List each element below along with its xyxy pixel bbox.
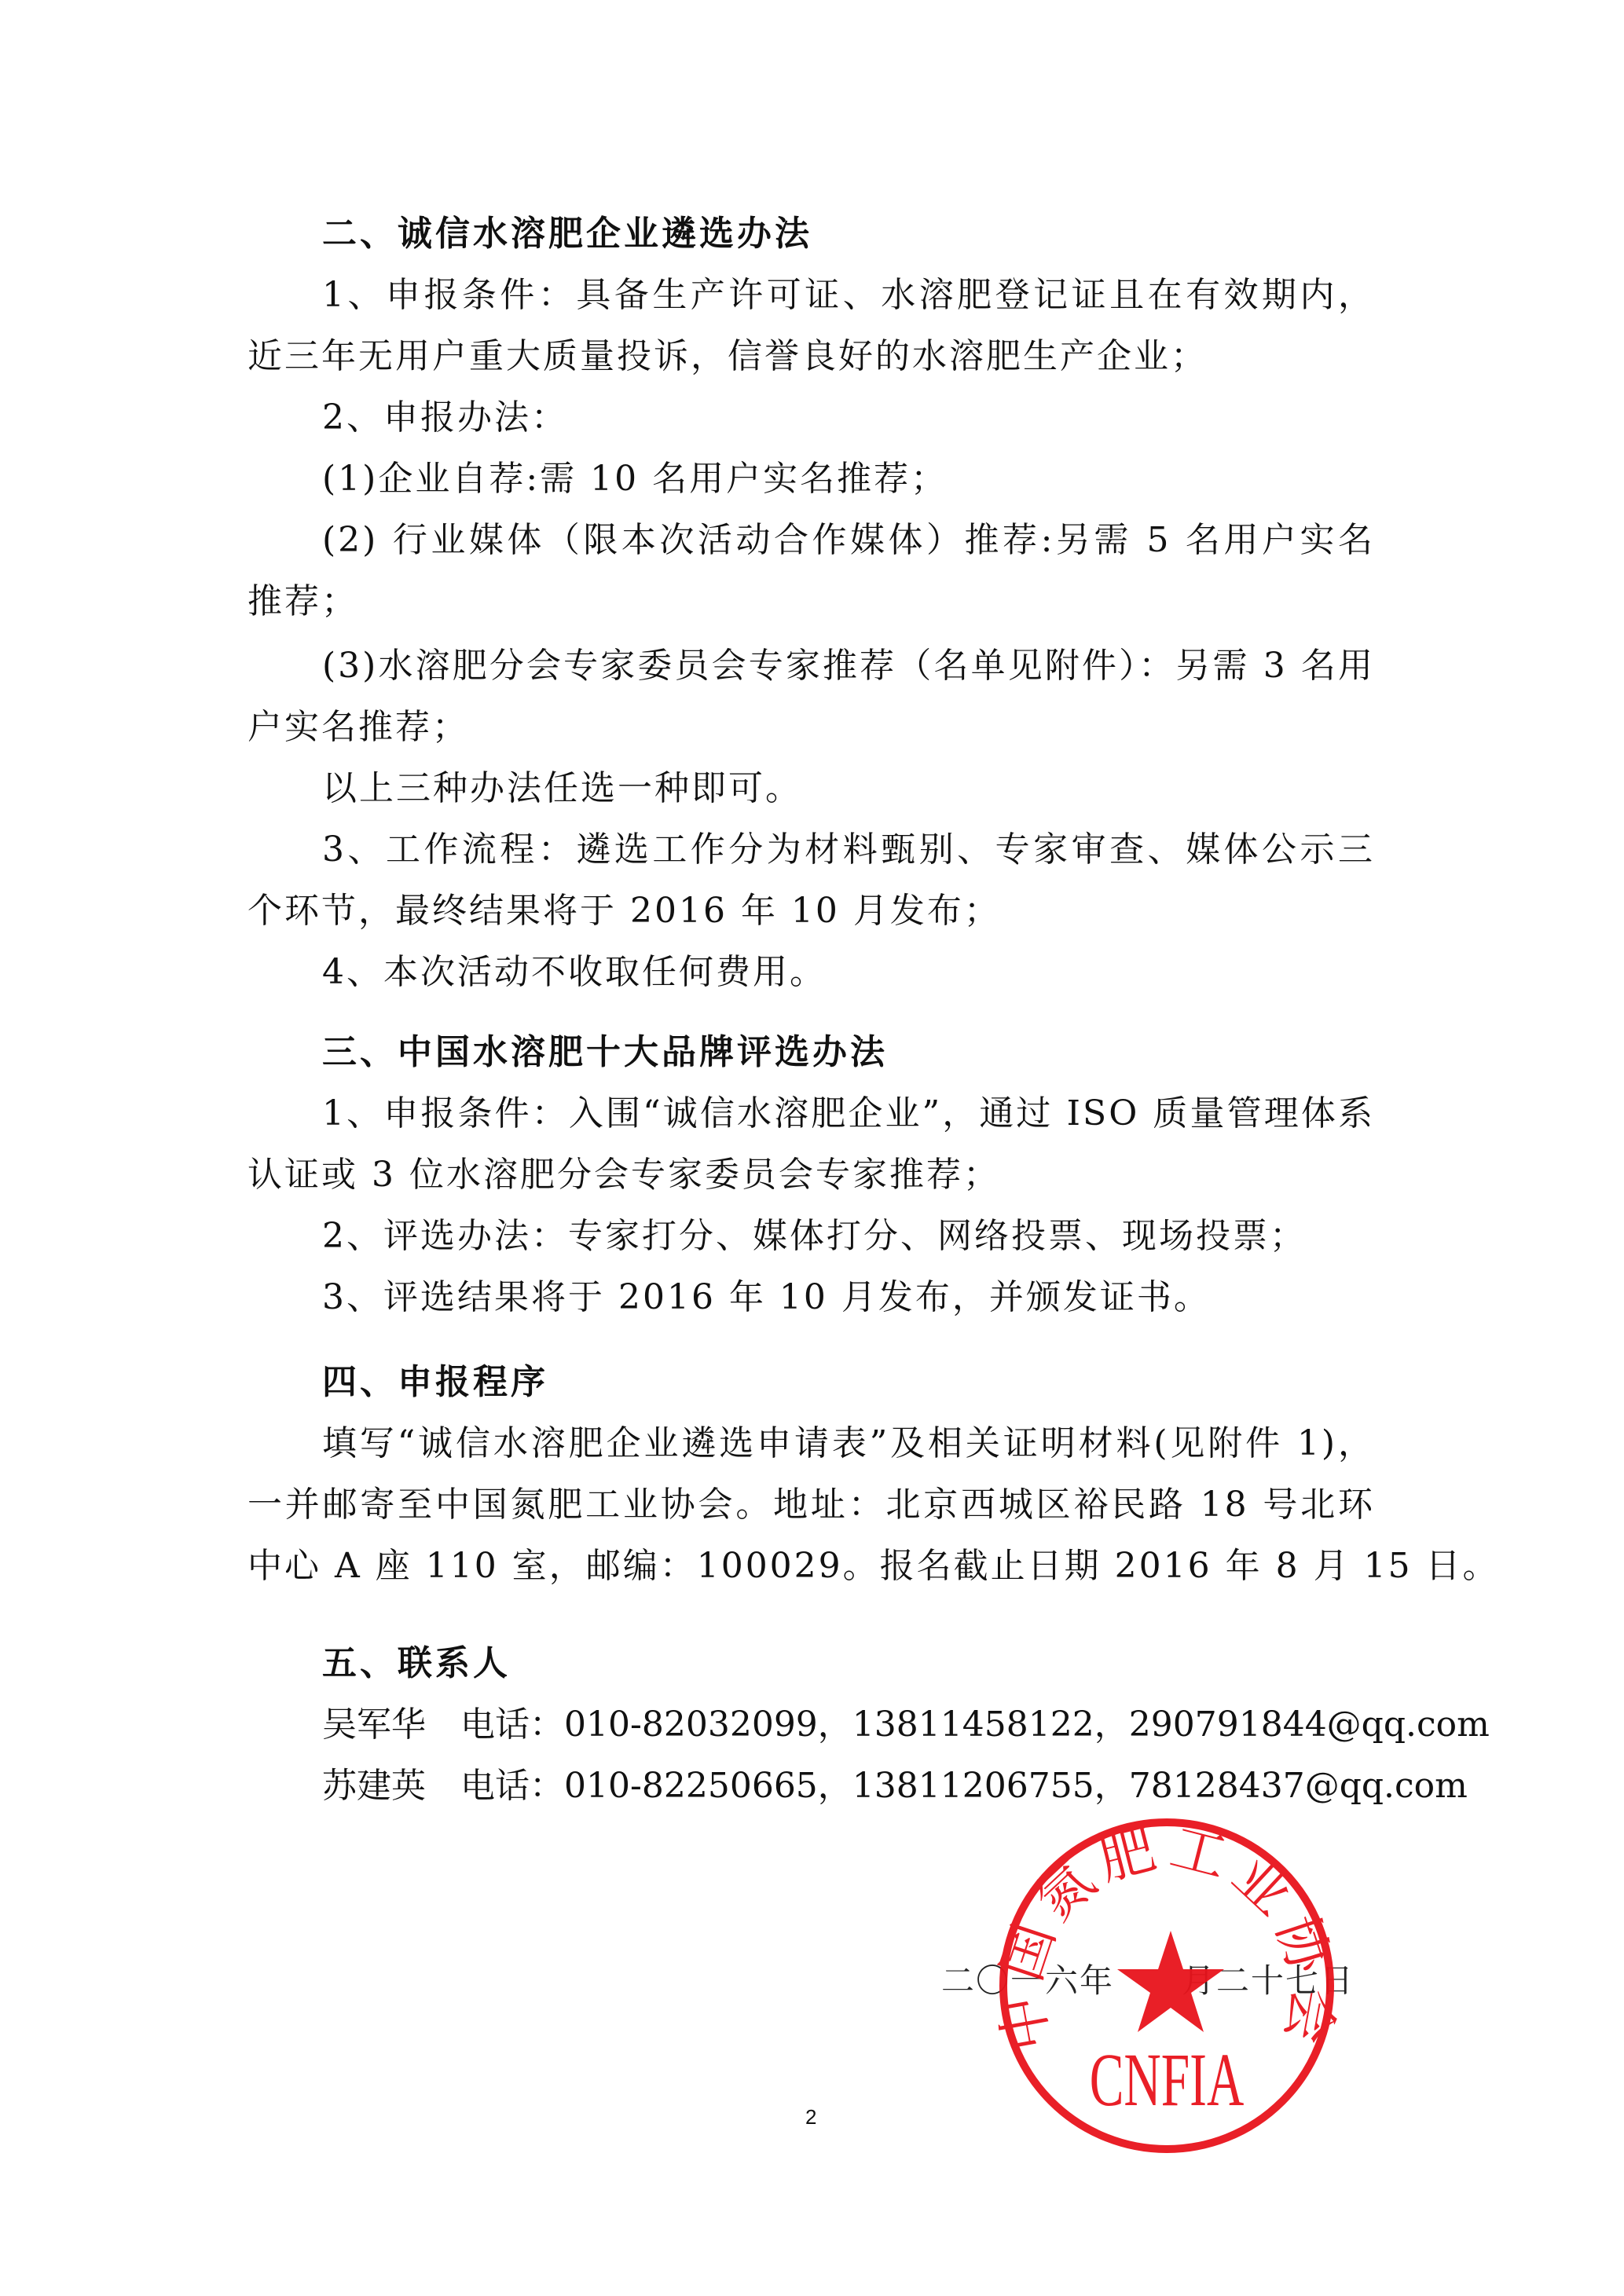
paragraph-line: 填写“诚信水溶肥企业遴选申请表”及相关证明材料(见附件 1)， (322, 1420, 1375, 1467)
section-heading-application-procedure: 四、申报程序 (322, 1359, 548, 1406)
paragraph-line: 1、申报条件：入围“诚信水溶肥企业”，通过 ISO 质量管理体系 (322, 1090, 1375, 1137)
section-heading-selection-method: 二、诚信水溶肥企业遴选办法 (322, 211, 812, 258)
paragraph-line: 近三年无用户重大质量投诉，信誉良好的水溶肥生产企业； (247, 333, 1208, 380)
seal-star-icon (1117, 1931, 1224, 2032)
section-heading-top-ten-brands: 三、中国水溶肥十大品牌评选办法 (322, 1029, 888, 1076)
paragraph-line: (3)水溶肥分会专家委员会专家推荐（名单见附件）：另需 3 名用 (322, 643, 1375, 690)
seal-abbreviation: CNFIA (1090, 2037, 1245, 2122)
official-seal-stamp: 中国氮肥工业协会 CNFIA (994, 1813, 1340, 2159)
paragraph-line: (1)企业自荐:需 10 名用户实名推荐； (322, 456, 948, 503)
contact-line-su-jianying: 苏建英 电话：010-82250665，13811206755，78128437… (322, 1763, 1468, 1810)
paragraph-line: 中心 A 座 110 室，邮编：100029。报名截止日期 2016 年 8 月… (247, 1543, 1375, 1590)
paragraph-line: 3、工作流程：遴选工作分为材料甄别、专家审查、媒体公示三 (322, 826, 1375, 873)
paragraph-line: 以上三种办法任选一种即可。 (322, 765, 802, 812)
page-number: 2 (805, 2105, 816, 2129)
paragraph-line: 认证或 3 位水溶肥分会专家委员会专家推荐； (247, 1152, 1000, 1199)
section-heading-contacts: 五、联系人 (322, 1640, 511, 1687)
document-page: 二、诚信水溶肥企业遴选办法 1、申报条件：具备生产许可证、水溶肥登记证且在有效期… (0, 0, 1624, 2296)
seal-arc-text: 中国氮肥工业协会 (994, 1814, 1340, 2056)
paragraph-line: (2) 行业媒体（限本次活动合作媒体）推荐:另需 5 名用户实名 (322, 517, 1375, 564)
paragraph-line: 4、本次活动不收取任何费用。 (322, 949, 827, 996)
paragraph-line: 2、申报办法： (322, 394, 568, 441)
paragraph-line: 3、评选结果将于 2016 年 10 月发布，并颁发证书。 (322, 1274, 1211, 1321)
paragraph-line: 个环节，最终结果将于 2016 年 10 月发布； (247, 888, 1001, 935)
paragraph-line: 1、申报条件：具备生产许可证、水溶肥登记证且在有效期内， (322, 272, 1375, 319)
paragraph-line: 推荐； (247, 578, 358, 625)
contact-line-wu-junhua: 吴军华 电话：010-82032099，13811458122，29079184… (322, 1701, 1490, 1749)
paragraph-line: 2、评选办法：专家打分、媒体打分、网络投票、现场投票； (322, 1213, 1307, 1260)
paragraph-line: 一并邮寄至中国氮肥工业协会。地址：北京西城区裕民路 18 号北环 (247, 1481, 1375, 1529)
paragraph-line: 户实名推荐； (247, 704, 469, 751)
